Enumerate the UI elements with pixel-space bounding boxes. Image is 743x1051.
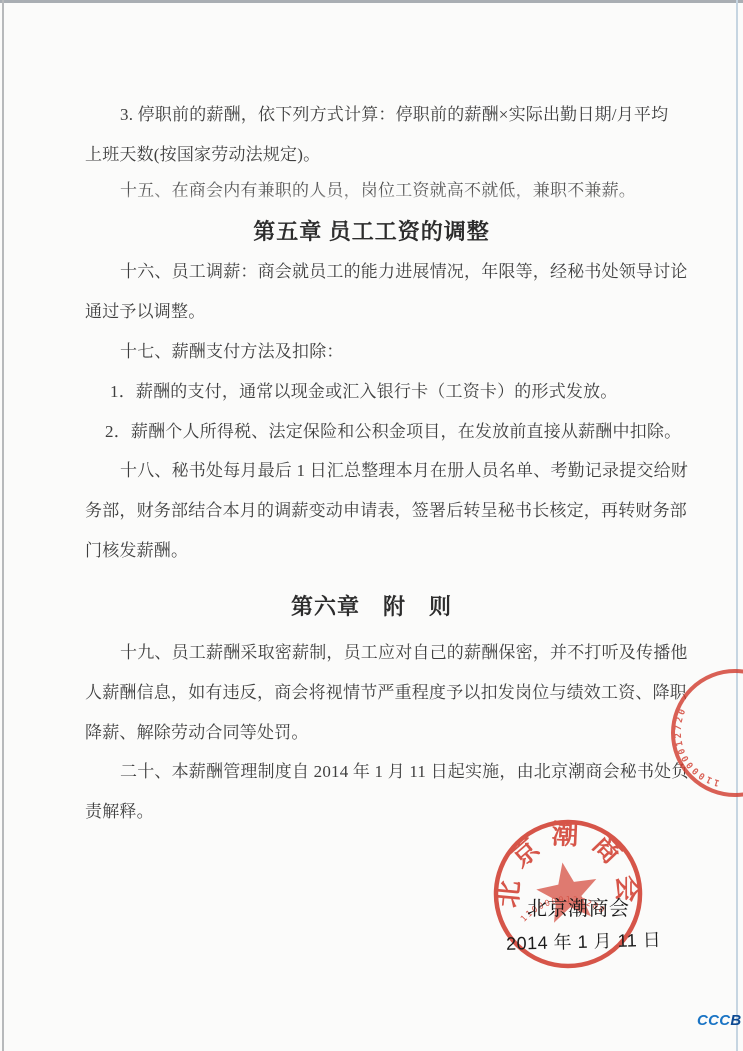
scanned-document-page: 3. 停职前的薪酬，依下列方式计算：停职前的薪酬×实际出勤日期/月平均 上班天数… [0,0,743,1051]
scan-edge-top [0,0,743,3]
body-line: 务部，财务部结合本月的调薪变动申请表，签署后转呈秘书长核定，再转财务部 [85,499,675,523]
body-line: 十五、在商会内有兼职的人员，岗位工资就高不就低，兼职不兼薪。 [85,179,675,203]
scan-edge-right [736,0,738,1051]
body-line: 十八、秘书处每月最后 1 日汇总整理本月在册人员名单、考勤记录提交给财 [85,459,675,483]
body-line: 降薪、解除劳动合同等处罚。 [85,721,675,745]
body-line: 门核发薪酬。 [85,539,675,563]
partial-seal-serial: 110000012720 [674,706,721,788]
svg-text:110000012720: 110000012720 [674,706,721,788]
body-line: 十六、员工调薪：商会就员工的能力进展情况，年限等，经秘书处领导讨论 [85,260,675,284]
body-line: 十九、员工薪酬采取密薪制，员工应对自己的薪酬保密，并不打听及传播他 [85,641,675,665]
cccb-logo-part2: B [730,1012,741,1029]
body-line: 人薪酬信息，如有违反，商会将视情节严重程度予以扣发岗位与绩效工资、降职 [85,681,675,705]
body-line: 2．薪酬个人所得税、法定保险和公积金项目，在发放前直接从薪酬中扣除。 [85,420,675,444]
seal-date-overlay: 2014 年 1 月 11 日 [506,926,647,956]
partial-seal-graphic: 110000012720 [648,645,743,820]
body-line: 通过予以调整。 [85,300,675,324]
body-line: 1．薪酬的支付，通常以现金或汇入银行卡（工资卡）的形式发放。 [85,380,675,404]
body-line: 二十、本薪酬管理制度自 2014 年 1 月 11 日起实施，由北京潮商会秘书处… [85,760,675,784]
chapter-heading-5: 第五章 员工工资的调整 [0,215,743,246]
scan-edge-left [2,0,4,1051]
cccb-logo-part1: CCC [697,1012,730,1029]
cccb-logo: CCCB [697,1012,742,1029]
partial-seal: 110000012720 [648,645,743,820]
body-line: 3. 停职前的薪酬，依下列方式计算：停职前的薪酬×实际出勤日期/月平均 [85,103,675,127]
chapter-heading-6: 第六章 附 则 [0,590,743,621]
body-line: 十七、薪酬支付方法及扣除： [85,340,675,364]
body-line: 上班天数(按国家劳动法规定)。 [85,143,675,167]
seal-org-overlay: 北京潮商会 [527,892,647,921]
